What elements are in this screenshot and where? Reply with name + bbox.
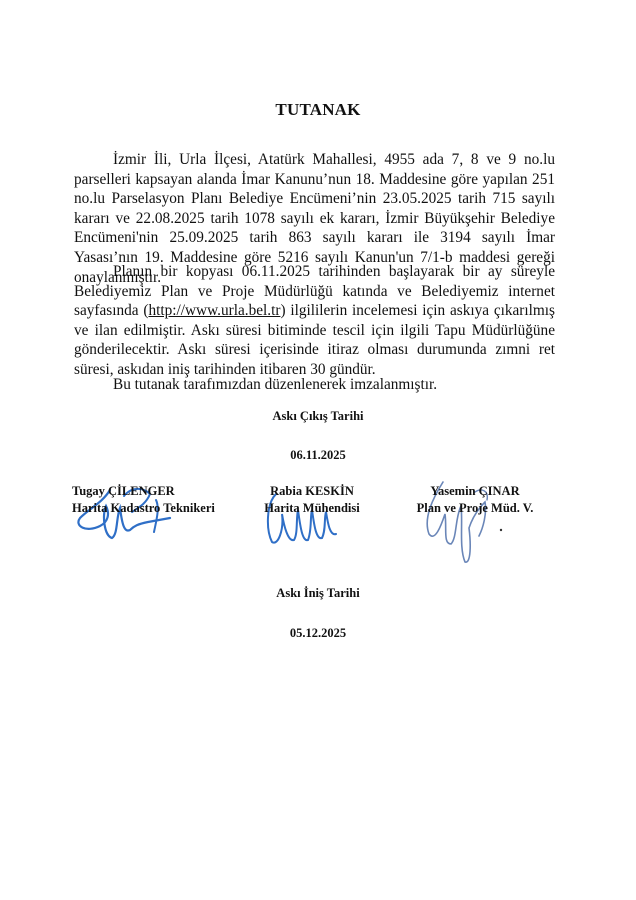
signer-3: Yasemin ÇINAR Plan ve Proje Müd. V. bbox=[413, 483, 537, 517]
signer-role: Harita Mühendisi bbox=[262, 500, 362, 517]
paragraph-announcement: Planın bir kopyası 06.11.2025 tarihinden… bbox=[74, 262, 555, 380]
signer-name: Tugay ÇİLENGER bbox=[72, 483, 215, 500]
signer-role: Plan ve Proje Müd. V. bbox=[413, 500, 537, 517]
signer-name: Yasemin ÇINAR bbox=[413, 483, 537, 500]
municipality-website-link[interactable]: http://www.urla.bel.tr bbox=[148, 302, 280, 319]
signer-1: Tugay ÇİLENGER Harita Kadastro Teknikeri bbox=[72, 483, 215, 517]
aski-inis-label: Askı İniş Tarihi bbox=[0, 586, 636, 601]
paragraph-signed-statement: Bu tutanak tarafımızdan düzenlenerek imz… bbox=[74, 375, 555, 395]
aski-inis-date: 05.12.2025 bbox=[0, 626, 636, 641]
aski-cikis-date: 06.11.2025 bbox=[0, 448, 636, 463]
signer-name: Rabia KESKİN bbox=[262, 483, 362, 500]
signer-2: Rabia KESKİN Harita Mühendisi bbox=[262, 483, 362, 517]
signer-role: Harita Kadastro Teknikeri bbox=[72, 500, 215, 517]
document-title: TUTANAK bbox=[0, 100, 636, 120]
aski-cikis-label: Askı Çıkış Tarihi bbox=[0, 409, 636, 424]
document-page: TUTANAK İzmir İli, Urla İlçesi, Atatürk … bbox=[0, 0, 636, 900]
